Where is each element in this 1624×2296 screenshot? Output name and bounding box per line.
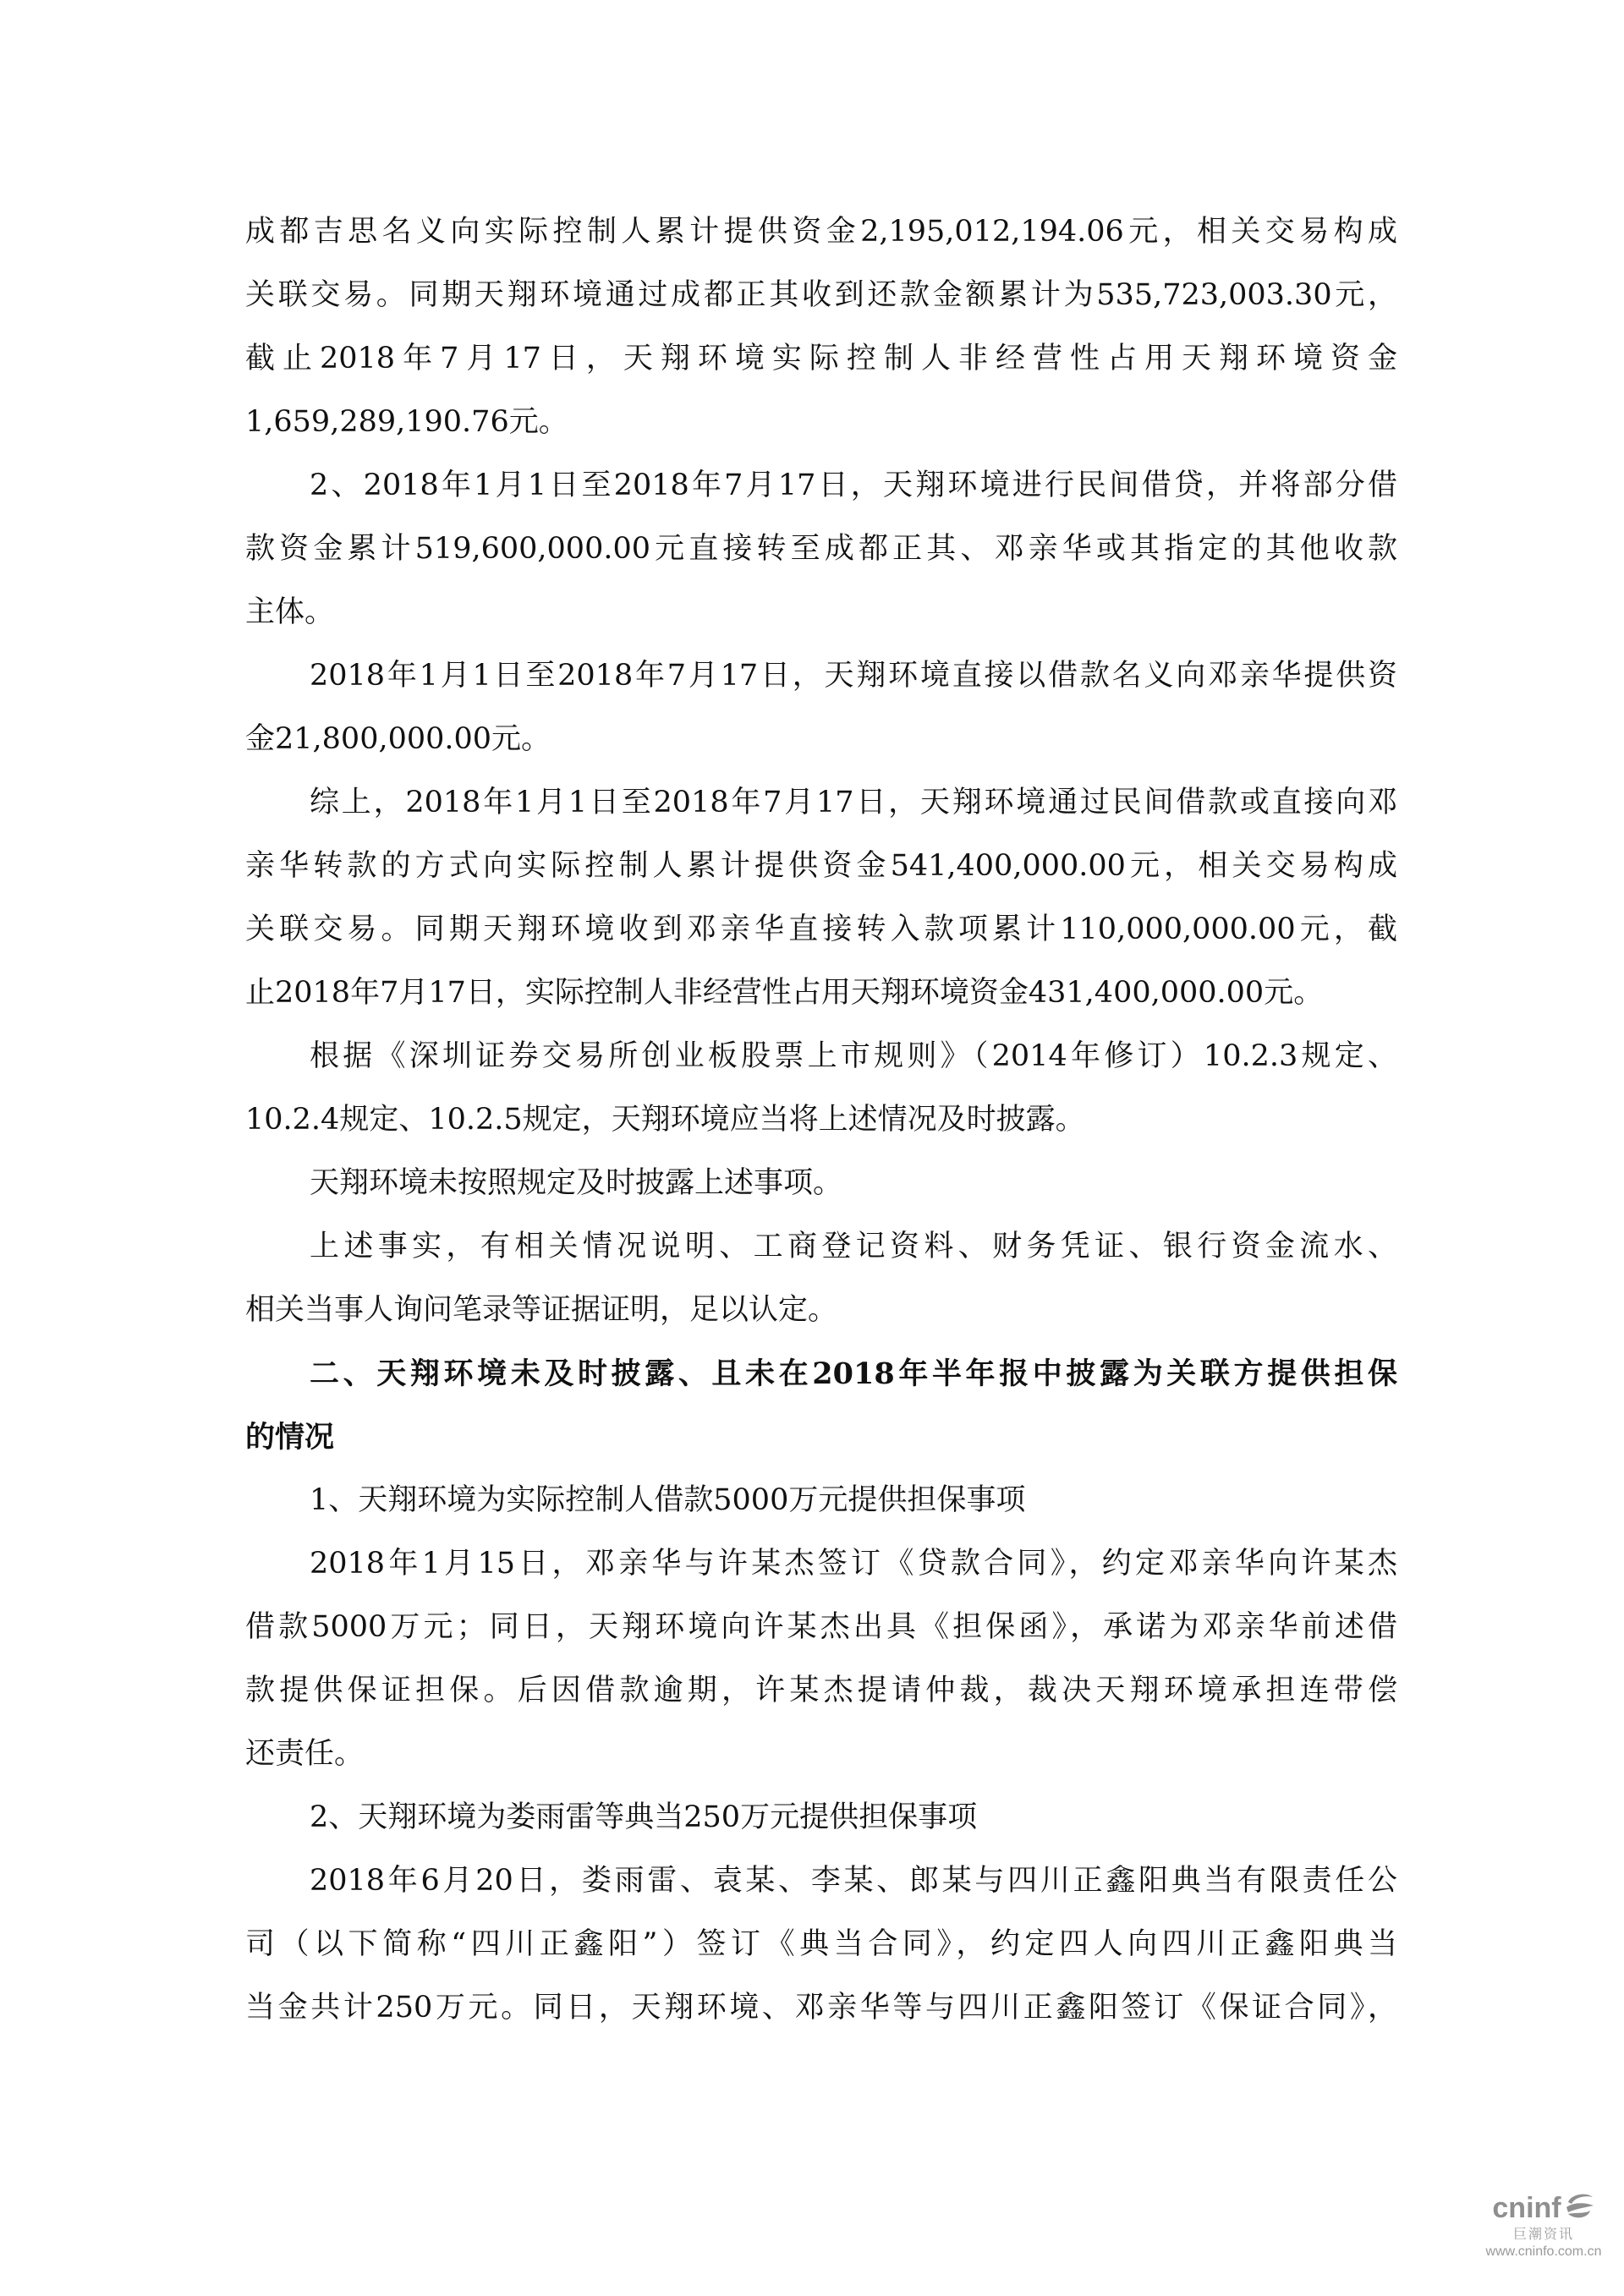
paragraph-line: 借款5000万元；同日，天翔环境向许某杰出具《担保函》，承诺为邓亲华前述借 xyxy=(245,1596,1397,1659)
watermark-chinese-name: 巨潮资讯 xyxy=(1468,2223,1620,2243)
cninfo-logo-icon xyxy=(1565,2192,1595,2225)
paragraph-line: 亲华转款的方式向实际控制人累计提供资金541,400,000.00元，相关交易构… xyxy=(245,835,1397,898)
document-page: 成都吉思名义向实际控制人累计提供资金2,195,012,194.06元，相关交易… xyxy=(0,0,1624,2296)
paragraph-line: 金21,800,000.00元。 xyxy=(245,708,1397,771)
paragraph-line: 当金共计250万元。同日，天翔环境、邓亲华等与四川正鑫阳签订《保证合同》， xyxy=(245,1976,1397,2040)
section-heading-line: 的情况 xyxy=(245,1406,1397,1469)
paragraph-line: 成都吉思名义向实际控制人累计提供资金2,195,012,194.06元，相关交易… xyxy=(245,200,1397,264)
paragraph-line: 关联交易。同期天翔环境收到邓亲华直接转入款项累计110,000,000.00元，… xyxy=(245,898,1397,962)
cninfo-watermark: cninf 巨潮资讯 www.cninfo.com.cn xyxy=(1468,2192,1620,2285)
paragraph-line: 2018年1月15日，邓亲华与许某杰签订《贷款合同》，约定邓亲华向许某杰 xyxy=(245,1532,1397,1596)
paragraph-line: 10.2.4规定、10.2.5规定，天翔环境应当将上述情况及时披露。 xyxy=(245,1088,1397,1152)
paragraph-line: 关联交易。同期天翔环境通过成都正其收到还款金额累计为535,723,003.30… xyxy=(245,264,1397,327)
paragraph-line: 综上，2018年1月1日至2018年7月17日，天翔环境通过民间借款或直接向邓 xyxy=(245,771,1397,835)
watermark-url: www.cninfo.com.cn xyxy=(1468,2244,1620,2260)
paragraph-line: 款提供保证担保。后因借款逾期，许某杰提请仲裁，裁决天翔环境承担连带偿 xyxy=(245,1659,1397,1723)
section-heading-line: 二、天翔环境未及时披露、且未在2018年半年报中披露为关联方提供担保 xyxy=(245,1342,1397,1406)
paragraph-line: 2018年6月20日，娄雨雷、袁某、李某、郎某与四川正鑫阳典当有限责任公 xyxy=(245,1849,1397,1913)
watermark-brand: cninf xyxy=(1492,2192,1561,2225)
paragraph-line: 截止2018年7月17日，天翔环境实际控制人非经营性占用天翔环境资金 xyxy=(245,327,1397,391)
watermark-logo: cninf xyxy=(1468,2192,1620,2225)
paragraph-line: 上述事实，有相关情况说明、工商登记资料、财务凭证、银行资金流水、 xyxy=(245,1215,1397,1279)
paragraph-line: 2018年1月1日至2018年7月17日，天翔环境直接以借款名义向邓亲华提供资 xyxy=(245,644,1397,708)
paragraph-line: 主体。 xyxy=(245,581,1397,644)
paragraph-line: 相关当事人询问笔录等证据证明，足以认定。 xyxy=(245,1279,1397,1342)
paragraph-line: 止2018年7月17日，实际控制人非经营性占用天翔环境资金431,400,000… xyxy=(245,962,1397,1025)
paragraph-line: 根据《深圳证券交易所创业板股票上市规则》（2014年修订）10.2.3规定、 xyxy=(245,1025,1397,1088)
paragraph-line: 2、天翔环境为娄雨雷等典当250万元提供担保事项 xyxy=(245,1786,1397,1849)
paragraph-line: 款资金累计519,600,000.00元直接转至成都正其、邓亲华或其指定的其他收… xyxy=(245,518,1397,581)
paragraph-line: 还责任。 xyxy=(245,1723,1397,1786)
paragraph-line: 1,659,289,190.76元。 xyxy=(245,391,1397,454)
paragraph-line: 2、2018年1月1日至2018年7月17日，天翔环境进行民间借贷，并将部分借 xyxy=(245,454,1397,518)
document-body: 成都吉思名义向实际控制人累计提供资金2,195,012,194.06元，相关交易… xyxy=(245,200,1397,2040)
paragraph-line: 1、天翔环境为实际控制人借款5000万元提供担保事项 xyxy=(245,1469,1397,1532)
paragraph-line: 天翔环境未按照规定及时披露上述事项。 xyxy=(245,1152,1397,1215)
paragraph-line: 司（以下简称“四川正鑫阳”）签订《典当合同》，约定四人向四川正鑫阳典当 xyxy=(245,1913,1397,1976)
